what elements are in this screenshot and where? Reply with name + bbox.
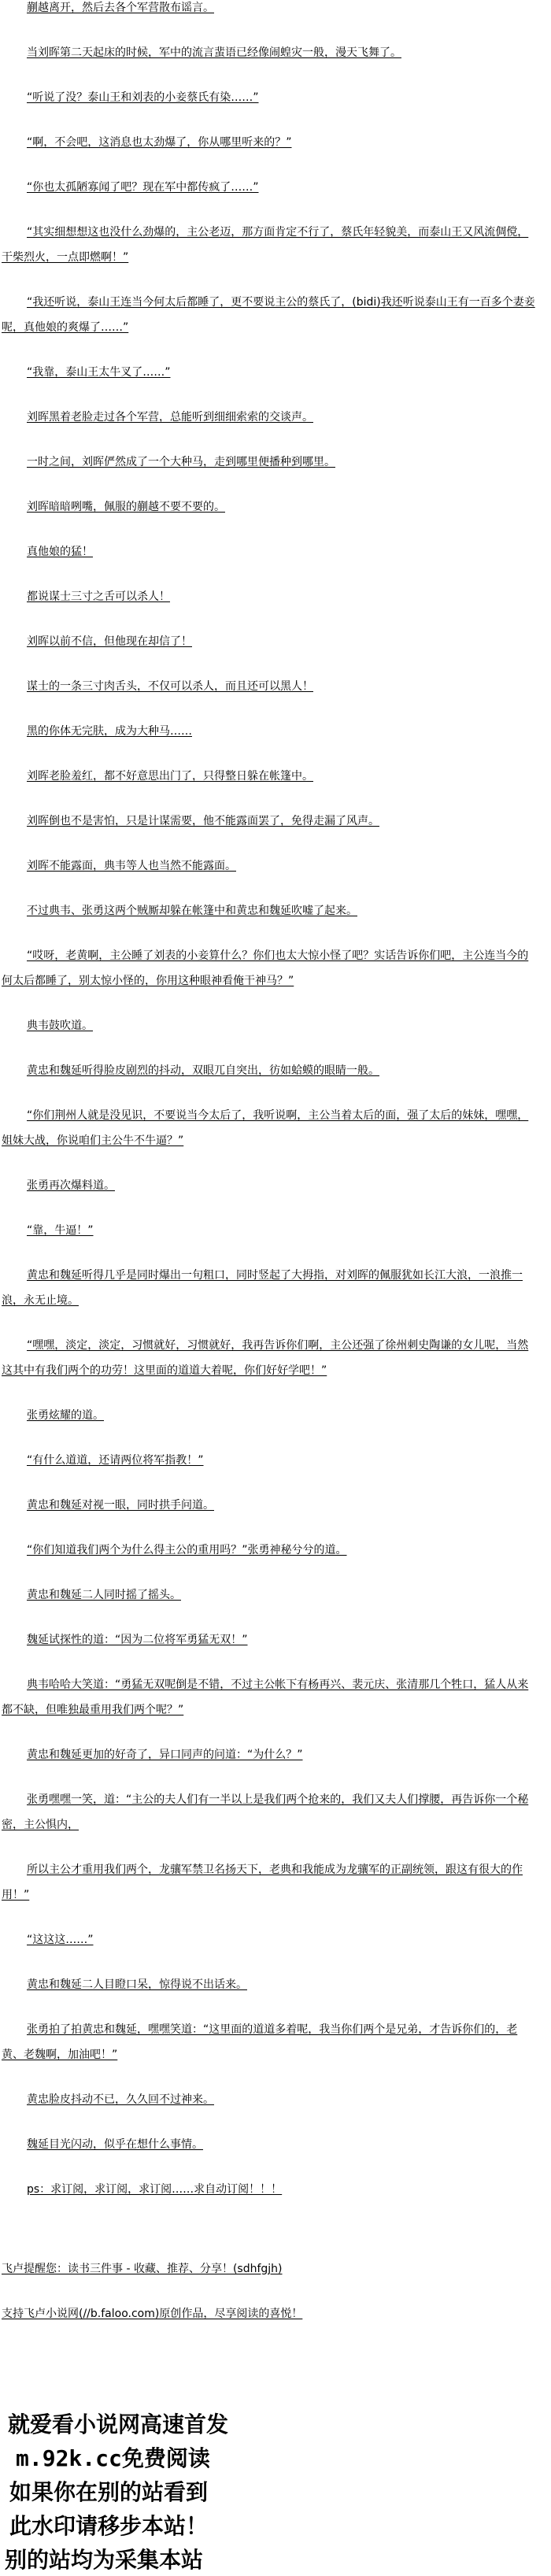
watermark-line: 如果你在别的站看到 [5, 2475, 228, 2509]
paragraph: 不过典韦、张勇这两个贼厮却躲在帐篷中和黄忠和魏延吹嘘了起来。 [2, 898, 537, 923]
paragraph: “我还听说，泰山王连当今何太后都睡了，更不要说主公的蔡氏了，(bidi)我还听说… [2, 290, 537, 340]
site-footer-notes: 飞卢提醒您：读书三件事 - 收藏、推荐、分享！(sdhfgjh) 支持飞卢小说网… [2, 2256, 537, 2346]
paragraph: 刘晖暗暗咧嘴，佩服的蒯越不要不要的。 [2, 494, 537, 520]
article-body: 蒯越离开，然后去各个军营散布谣言。 当刘晖第二天起床的时候，军中的流言蜚语已经像… [2, 0, 537, 2222]
paragraph: “你也太孤陋寡闻了吧？现在军中都传疯了……” [2, 175, 537, 200]
paragraph: 刘晖以前不信，但他现在却信了！ [2, 629, 537, 654]
paragraph: 所以主公才重用我们两个，龙骧军禁卫名扬天下，老典和我能成为龙骧军的正副统领，跟这… [2, 1857, 537, 1908]
paragraph: 蒯越离开，然后去各个军营散布谣言。 [2, 0, 537, 20]
paragraph: “这这这……” [2, 1927, 537, 1952]
paragraph: “啊，不会吧，这消息也太劲爆了，你从哪里听来的？” [2, 130, 537, 155]
paragraph: “我靠，泰山王太牛叉了……” [2, 360, 537, 385]
paragraph: “靠，牛逼！” [2, 1218, 537, 1243]
paragraph: 黄忠和魏延二人同时摇了摇头。 [2, 1582, 537, 1608]
paragraph: “有什么道道，还请两位将军指教！” [2, 1448, 537, 1473]
paragraph: 一时之间，刘晖俨然成了一个大种马，走到哪里便播种到哪里。 [2, 450, 537, 475]
paragraph: 黄忠和魏延听得脸皮剧烈的抖动，双眼兀自突出，彷如蛤蟆的眼睛一般。 [2, 1058, 537, 1083]
paragraph: 谋士的一条三寸肉舌头，不仅可以杀人，而且还可以黑人！ [2, 674, 537, 699]
paragraph: 都说谋士三寸之舌可以杀人！ [2, 584, 537, 609]
paragraph: 张勇炫耀的道。 [2, 1403, 537, 1428]
paragraph: 黑的你体无完肤，成为大种马…… [2, 719, 537, 744]
paragraph: 黄忠和魏延更加的好奇了，异口同声的问道：“为什么？” [2, 1742, 537, 1767]
paragraph: 典韦鼓吹道。 [2, 1013, 537, 1038]
paragraph: 张勇再次爆料道。 [2, 1173, 537, 1198]
paragraph: 典韦哈哈大笑道：“勇猛无双呢倒是不错，不过主公帐下有杨再兴、裴元庆、张清那几个牲… [2, 1672, 537, 1723]
paragraph: 黄忠和魏延对视一眼，同时拱手问道。 [2, 1493, 537, 1518]
paragraph: 黄忠脸皮抖动不已，久久回不过神来。 [2, 2087, 537, 2112]
paragraph: 刘晖倒也不是害怕，只是计谋需要，他不能露面罢了，免得走漏了风声。 [2, 809, 537, 834]
paragraph: 真他娘的猛！ [2, 539, 537, 564]
watermark: 就爱看小说网高速首发 m.92k.cc免费阅读 如果你在别的站看到 此水印请移步… [5, 2408, 228, 2576]
paragraph: “听说了没？泰山王和刘表的小妾蔡氏有染……” [2, 85, 537, 110]
watermark-line: m.92k.cc免费阅读 [5, 2441, 228, 2475]
paragraph: 刘晖不能露面，典韦等人也当然不能露面。 [2, 853, 537, 879]
paragraph: “嘿嘿，淡定，淡定，习惯就好，习惯就好，我再告诉你们啊，主公还强了徐州刺史陶谦的… [2, 1333, 537, 1383]
paragraph: 魏延目光闪动，似乎在想什么事情。 [2, 2132, 537, 2157]
paragraph: “哎呀，老黄啊，主公睡了刘表的小妾算什么？你们也太大惊小怪了吧？实话告诉你们吧，… [2, 943, 537, 994]
paragraph: 魏延试探性的道：“因为二位将军勇猛无双！” [2, 1627, 537, 1653]
paragraph: 张勇嘿嘿一笑，道：“主公的夫人们有一半以上是我们两个抢来的，我们又夫人们撑腰，再… [2, 1787, 537, 1838]
paragraph: 黄忠和魏延听得几乎是同时爆出一句粗口，同时竖起了大拇指，对刘晖的佩服犹如长江大浪… [2, 1263, 537, 1313]
paragraph: 当刘晖第二天起床的时候，军中的流言蜚语已经像闹蝗灾一般，漫天飞舞了。 [2, 40, 537, 65]
paragraph: 黄忠和魏延二人目瞪口呆，惊得说不出话来。 [2, 1972, 537, 1997]
paragraph: 刘晖老脸羞红，都不好意思出门了，只得整日躲在帐篷中。 [2, 764, 537, 789]
paragraph: 张勇拍了拍黄忠和魏延，嘿嘿笑道：“这里面的道道多着呢，我当你们两个是兄弟，才告诉… [2, 2017, 537, 2067]
paragraph: “其实细想想这也没什么劲爆的，主公老迈，那方面肯定不行了，蔡氏年轻貌美，而泰山王… [2, 220, 537, 270]
watermark-line: 就爱看小说网高速首发 [5, 2408, 228, 2441]
paragraph: “你们知道我们两个为什么得主公的重用吗？”张勇神秘兮兮的道。 [2, 1538, 537, 1563]
support-text: 支持飞卢小说网(//b.faloo.com)原创作品，尽享阅读的喜悦！ [2, 2301, 537, 2326]
paragraph: 刘晖黑着老脸走过各个军营，总能听到细细索索的交谈声。 [2, 405, 537, 430]
author-note: ps：求订阅，求订阅，求订阅……求自动订阅！！！ [2, 2177, 537, 2202]
reminder-text: 飞卢提醒您：读书三件事 - 收藏、推荐、分享！(sdhfgjh) [2, 2256, 537, 2282]
watermark-line: 别的站均为采集本站 [5, 2543, 228, 2576]
paragraph: “你们荆州人就是没见识，不要说当今太后了，我听说啊，主公当着太后的面，强了太后的… [2, 1103, 537, 1153]
watermark-line: 此水印请移步本站！ [5, 2509, 228, 2543]
